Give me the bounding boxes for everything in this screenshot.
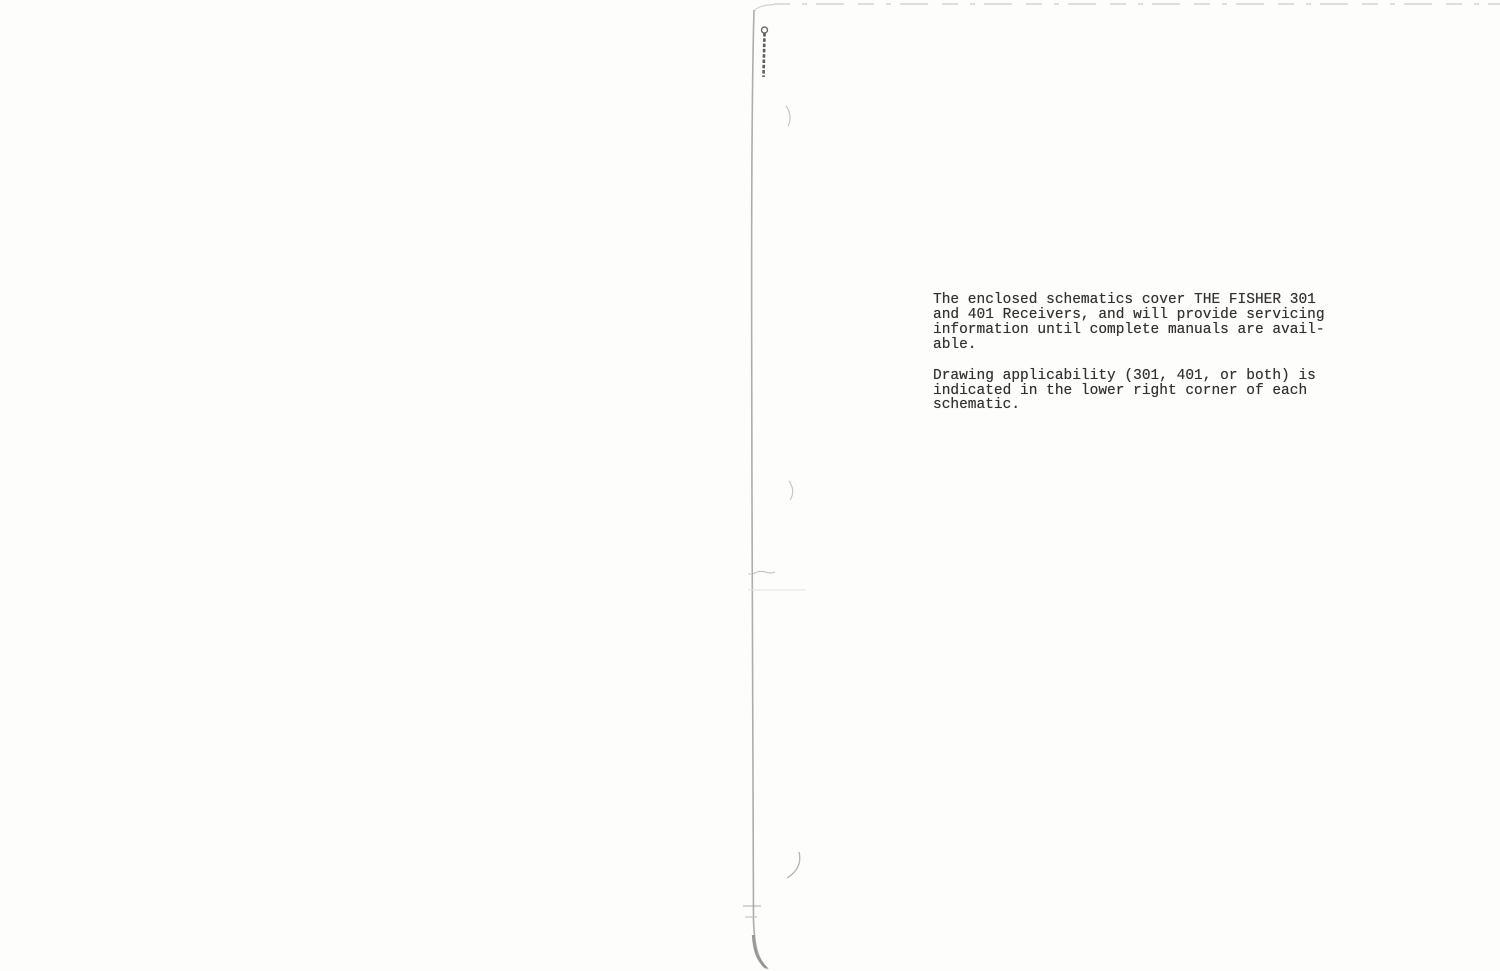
staple-mark-head bbox=[762, 27, 768, 33]
note-paragraph-2: Drawing applicability (301, 401, or both… bbox=[933, 369, 1343, 414]
page-edge-bottom-curve bbox=[753, 935, 766, 968]
scribble-artifact bbox=[753, 571, 775, 574]
paren-artifact-bottom bbox=[787, 852, 800, 878]
staple-mark bbox=[764, 33, 765, 77]
page-edge-line bbox=[752, 10, 768, 969]
typewritten-note: The enclosed schematics cover THE FISHER… bbox=[933, 293, 1343, 413]
scan-artifacts-layer bbox=[0, 0, 1500, 971]
paren-artifact-middle bbox=[789, 481, 793, 500]
scanned-page: The enclosed schematics cover THE FISHER… bbox=[0, 0, 1500, 971]
paren-artifact-top bbox=[786, 106, 790, 126]
note-paragraph-1: The enclosed schematics cover THE FISHER… bbox=[933, 293, 1343, 353]
page-top-corner bbox=[754, 5, 774, 13]
